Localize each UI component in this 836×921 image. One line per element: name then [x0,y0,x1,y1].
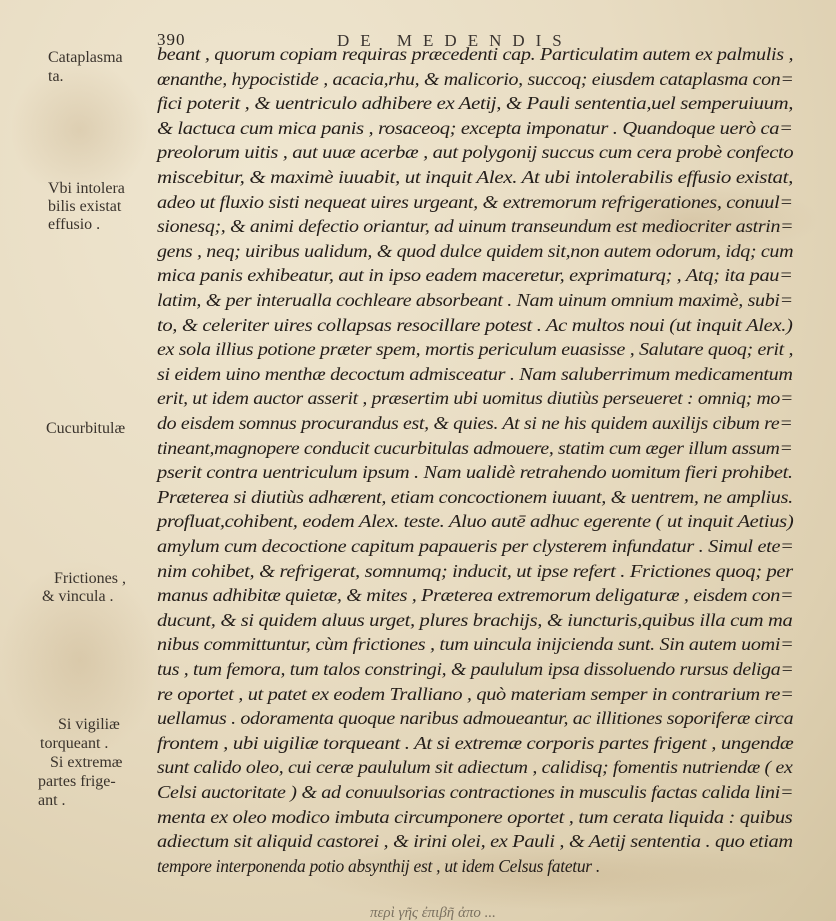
text-line: do eisdem somnus procurandus est, & quie… [157,413,792,434]
text-line: ducunt, & si quidem aluus urget, plures … [157,610,792,631]
margin-note: ant . [38,792,66,809]
margin-note: partes frige- [38,773,116,790]
text-line: tus , tum femora, tum talos constringi, … [157,659,793,680]
text-line: fici poterit , & uentriculo adhibere ex … [157,93,793,114]
margin-note: torqueant . [40,735,108,752]
text-line: uellamus . odoramenta quoque naribus adm… [157,708,793,729]
text-line: latim, & per interualla cochleare absorb… [157,290,793,311]
text-line: adeo ut fluxio sisti nequeat uires urgea… [157,192,793,213]
text-line: ex sola illius potione præter spem, mort… [157,339,793,360]
text-line: frontem , ubi uigiliæ torqueant . At si … [157,733,793,754]
bleed-through-text: περὶ γῆς ἐπιβῆ ἀπο ... [370,905,496,921]
text-line: mica panis exhibeatur, aut in ipso eadem… [157,265,793,286]
text-line: profluat,cohibent, eodem Alex. teste. Al… [157,511,793,532]
text-line: sionesq;, & animi defectio oriantur, ad … [157,216,793,237]
margin-note: Si extremæ [50,754,122,771]
text-line: si eidem uino menthæ decoctum admisceatu… [157,364,793,385]
text-line: preolorum uitis , aut uuæ acerbæ , aut p… [157,142,793,163]
text-line: nim cohibet, & refrigerat, somnumq; indu… [157,561,793,582]
paper-stain [10,60,150,200]
text-line: miscebitur, & maximè iuuabit, ut inquit … [157,167,793,188]
text-line: gens , neq; uiribus ualidum, & quod dulc… [157,241,793,262]
text-line: Celsi auctoritate ) & ad conuulsorias co… [157,782,793,803]
text-line: sunt calido oleo, cui ceræ paululum sit … [157,757,792,778]
margin-note: & vincula . [42,588,114,605]
text-line: Præterea si diutiùs adhærent, etiam conc… [157,487,793,508]
margin-note: Si vigiliæ [58,716,120,733]
margin-note: ta. [48,68,64,85]
text-line: erit, ut idem auctor asserit , præsertim… [157,388,793,409]
text-line: tempore interponenda potio absynthij est… [157,856,600,877]
text-line: pserit contra uentriculum ipsum . Nam ua… [157,462,793,483]
margin-note: Cucurbitulæ [46,420,125,437]
text-line: tineant,magnopere conducit cucurbitulas … [157,438,793,459]
margin-note: bilis existat [48,198,121,215]
text-line: adiectum sit aliquid castorei , & irini … [157,831,793,852]
text-line: & lactuca cum mica panis , rosaceoq; exc… [157,118,793,139]
text-line: re oportet , ut patet ex eodem Tralliano… [157,684,794,705]
margin-note: effusio . [48,216,100,233]
margin-note: Vbi intolera [48,180,125,197]
text-line: to, & celeriter uires collapsas resocill… [157,315,793,336]
margin-note: Frictiones , [54,570,126,587]
text-line: œnanthe, hypocistide , acacia,rhu, & mal… [157,69,793,90]
text-line: beant , quorum copiam requiras præcedent… [157,44,793,65]
text-line: manus adhibitæ quietæ, & mites , Prætere… [157,585,793,606]
text-line: menta ex oleo modico imbuta circumponere… [157,807,792,828]
margin-note: Cataplasma [48,49,123,66]
text-line: nibus committuntur, cùm frictiones , tum… [157,634,793,655]
text-line: amylum cum decoctione capitum papaueris … [157,536,794,557]
